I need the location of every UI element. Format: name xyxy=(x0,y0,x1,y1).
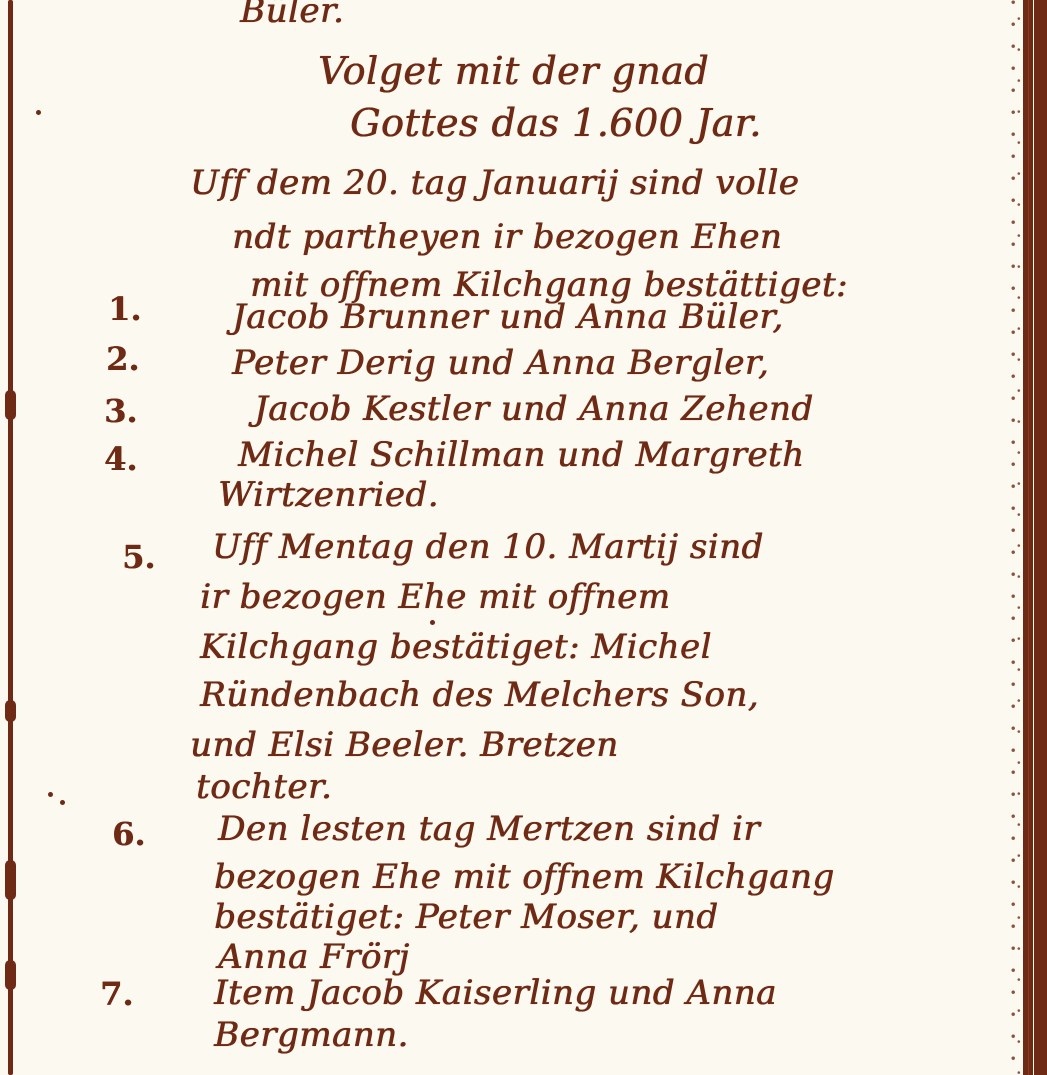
entry-6-line-1: Den lesten tag Mertzen sind ir xyxy=(218,812,760,846)
ink-speck xyxy=(48,792,53,797)
year-heading-line-1: Volget mit der gnad xyxy=(318,52,709,90)
page-binding-edge xyxy=(1023,0,1047,1075)
entry-5-line-3: Kilchgang bestätiget: Michel xyxy=(200,630,712,664)
ink-speck xyxy=(60,800,65,805)
left-margin-rule xyxy=(8,0,13,1075)
entry-3: Jacob Kestler und Anna Zehend xyxy=(254,392,813,426)
entry-5-line-1: Uff Mentag den 10. Martij sind xyxy=(212,530,764,564)
entry-5-line-2: ir bezogen Ehe mit offnem xyxy=(200,580,670,614)
manuscript-page: Büler. Volget mit der gnad Gottes das 1.… xyxy=(0,0,1047,1075)
entry-1: Jacob Brunner und Anna Büler, xyxy=(232,300,784,334)
entry-number-3: 3. xyxy=(104,392,137,430)
entry-5-line-5: und Elsi Beeler. Bretzen xyxy=(190,728,619,762)
entry-2: Peter Derig und Anna Bergler, xyxy=(232,346,769,380)
entry-5-line-4: Ründenbach des Melchers Son, xyxy=(200,678,759,712)
entry-number-2: 2. xyxy=(106,340,139,378)
intro-line-2: ndt partheyen ir bezogen Ehen xyxy=(232,220,782,254)
year-heading-line-2: Gottes das 1.600 Jar. xyxy=(350,104,762,142)
entry-number-1: 1. xyxy=(108,290,141,328)
entry-7-line-2: Bergmann. xyxy=(214,1018,409,1052)
entry-6-line-2: bezogen Ehe mit offnem Kilchgang xyxy=(214,860,835,894)
entry-number-5: 5. xyxy=(122,538,155,576)
ink-speck xyxy=(36,110,41,115)
entry-number-7: 7. xyxy=(100,975,133,1013)
entry-7-line-1: Item Jacob Kaiserling und Anna xyxy=(214,976,777,1010)
entry-6-line-3: bestätiget: Peter Moser, und xyxy=(214,900,718,934)
entry-6-line-4: Anna Frörj xyxy=(218,940,410,974)
entry-number-6: 6. xyxy=(112,815,145,853)
entry-number-4: 4. xyxy=(104,440,137,478)
entry-5-line-6: tochter. xyxy=(196,770,332,804)
previous-entry-end: Büler. xyxy=(240,0,344,28)
entry-4-line-2: Wirtzenried. xyxy=(218,478,439,512)
entry-4-line-1: Michel Schillman und Margreth xyxy=(238,438,804,472)
intro-line-1: Uff dem 20. tag Januarij sind volle xyxy=(190,166,799,200)
ink-speck xyxy=(430,620,435,625)
